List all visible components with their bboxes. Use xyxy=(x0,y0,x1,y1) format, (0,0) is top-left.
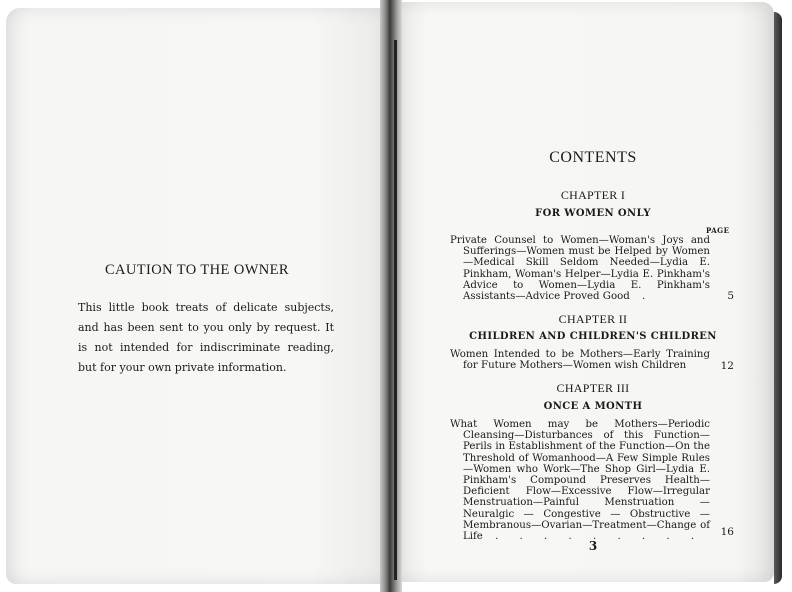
page-folio-number: 3 xyxy=(548,539,638,553)
caution-heading: CAUTION TO THE OWNER xyxy=(0,262,394,279)
chapter-3-entry: What Women may be Mothers—Periodic Clean… xyxy=(450,419,710,542)
chapter-1-title: FOR WOMEN ONLY xyxy=(448,208,738,219)
book-cover-edge xyxy=(774,12,782,584)
chapter-1-entry: Private Counsel to Women—Woman's Joys an… xyxy=(450,235,710,302)
chapter-3-page-number: 16 xyxy=(712,526,734,538)
chapter-2-page-number: 12 xyxy=(712,360,734,372)
chapter-3-label: CHAPTER III xyxy=(448,381,738,396)
left-page xyxy=(6,8,388,584)
caution-body-text: This little book treats of delicate subj… xyxy=(78,298,334,378)
page-column-label: PAGE xyxy=(706,226,730,235)
chapter-3-title: ONCE A MONTH xyxy=(448,401,738,412)
chapter-1-page-number: 5 xyxy=(712,290,734,302)
spine-binding-line xyxy=(394,40,397,580)
contents-title: CONTENTS xyxy=(448,149,738,167)
chapter-2-label: CHAPTER II xyxy=(448,312,738,327)
chapter-2-entry: Women Intended to be Mothers—Early Train… xyxy=(450,349,710,371)
chapter-1-label: CHAPTER I xyxy=(448,188,738,203)
chapter-2-title: CHILDREN AND CHILDREN'S CHILDREN xyxy=(448,331,738,342)
book-spine xyxy=(380,0,402,592)
